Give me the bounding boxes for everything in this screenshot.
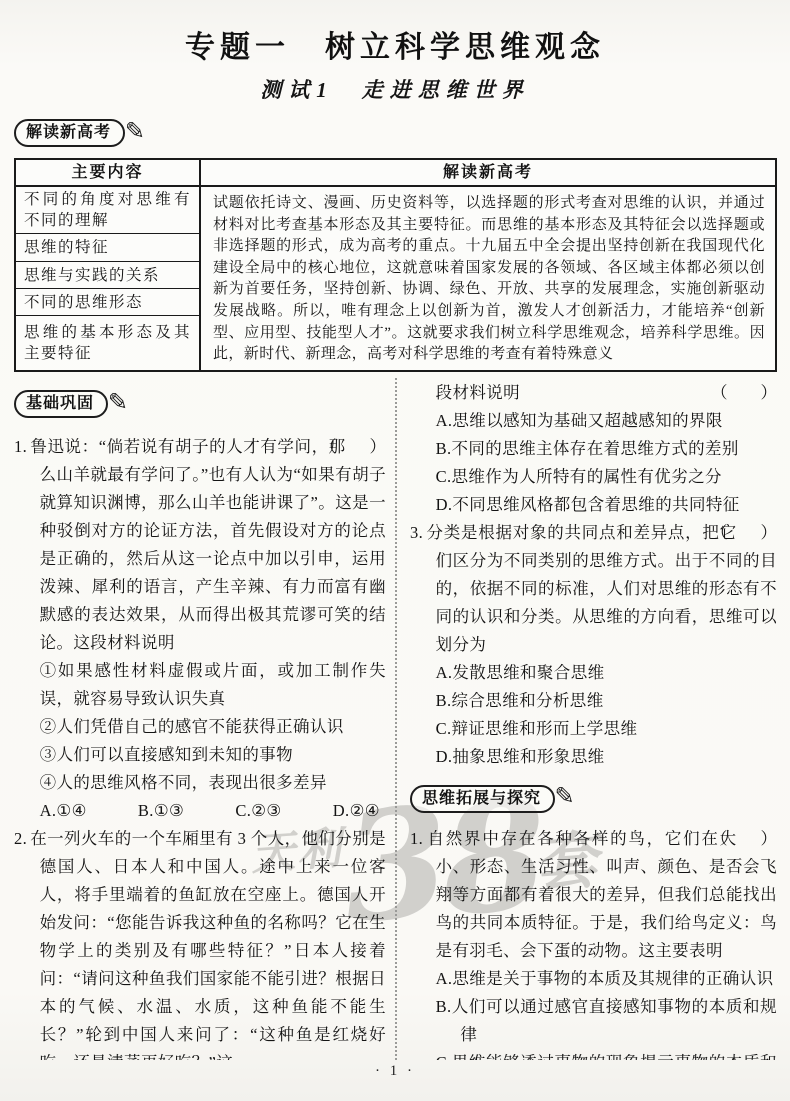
table-row: 思维与实践的关系	[16, 262, 201, 289]
section-badge-basic-label: 基础巩固	[14, 390, 108, 418]
overview-table: 主要内容 解读新高考 不同的角度对思维有不同的理解 思维的特征 思维与实践的关系…	[14, 158, 777, 372]
section-badge-review-label: 解读新高考	[14, 119, 125, 147]
section-badge-review: 解读新高考 ✎	[14, 119, 125, 147]
question-columns: 基础巩固 ✎ （ ）1.鲁迅说：“倘若说有胡子的人才有学问，那么山羊就最有学问了…	[14, 378, 777, 1060]
pencil-icon: ✎	[555, 782, 576, 810]
option-d: D.②④	[333, 797, 380, 825]
question-1-item-4: ④人的思维风格不同，表现出很多差异	[40, 769, 386, 797]
question-2: 2.在一列火车的一个车厢里有 3 个人，他们分别是德国人、日本人和中国人。途中上…	[14, 825, 386, 1060]
answer-bracket: （ ）	[737, 825, 777, 853]
table-header-review: 解读新高考	[201, 160, 775, 187]
table-header-main-content: 主要内容	[16, 160, 201, 187]
option-a: A.①④	[40, 797, 87, 825]
explore-question-1-option-b: B.人们可以通过感官直接感知事物的本质和规律	[436, 993, 777, 1049]
pencil-icon: ✎	[125, 117, 145, 145]
option-b: B.①③	[138, 797, 184, 825]
right-column: （ ）段材料说明 A.思维以感知为基础又超越感知的界限 B.不同的思维主体存在着…	[397, 378, 777, 1060]
question-2-stem: 2.在一列火车的一个车厢里有 3 个人，他们分别是德国人、日本人和中国人。途中上…	[40, 825, 386, 1060]
explore-question-1-option-c: C.思维能够透过事物的现象揭示事物的本质和规律	[436, 1049, 777, 1060]
left-column: 基础巩固 ✎ （ ）1.鲁迅说：“倘若说有胡子的人才有学问，那么山羊就最有学问了…	[14, 378, 386, 1060]
question-3-option-b: B.综合思维和分析思维	[436, 687, 777, 715]
question-3: （ ）3.分类是根据对象的共同点和差异点，把它们区分为不同类别的思维方式。出于不…	[410, 519, 777, 813]
explore-question-1: （ ）1.自然界中存在各种各样的鸟，它们在大小、形态、生活习性、叫声、颜色、是否…	[410, 825, 777, 1060]
question-2-option-a: A.思维以感知为基础又超越感知的界限	[436, 407, 777, 435]
question-3-option-d: D.抽象思维和形象思维	[436, 743, 777, 771]
table-row: 思维的基本形态及其主要特征	[16, 316, 201, 370]
question-2-option-b: B.不同的思维主体存在着思维方式的差别	[436, 435, 777, 463]
question-number: 1.	[410, 825, 423, 853]
question-3-option-c: C.辩证思维和形而上学思维	[436, 715, 777, 743]
question-3-option-a: A.发散思维和聚合思维	[436, 659, 777, 687]
question-3-stem: （ ）3.分类是根据对象的共同点和差异点，把它们区分为不同类别的思维方式。出于不…	[436, 519, 777, 659]
answer-bracket: （ ）	[711, 379, 777, 407]
question-1-stem-text: 鲁迅说：“倘若说有胡子的人才有学问，那么山羊就最有学问了。”也有人认为“如果有胡…	[30, 437, 386, 652]
question-2-stem-continued: （ ）段材料说明	[436, 379, 777, 407]
explore-question-1-option-a: A.思维是关于事物的本质及其规律的正确认识	[436, 965, 777, 993]
question-1-stem: （ ）1.鲁迅说：“倘若说有胡子的人才有学问，那么山羊就最有学问了。”也有人认为…	[40, 433, 386, 657]
section-badge-explore-label: 思维拓展与探究	[410, 785, 555, 813]
question-2-stem-text: 在一列火车的一个车厢里有 3 个人，他们分别是德国人、日本人和中国人。途中上来一…	[30, 829, 386, 1060]
explore-question-1-stem: （ ）1.自然界中存在各种各样的鸟，它们在大小、形态、生活习性、叫声、颜色、是否…	[436, 825, 777, 965]
option-c: C.②③	[235, 797, 281, 825]
pencil-icon: ✎	[108, 388, 128, 416]
answer-bracket: （ ）	[346, 433, 386, 461]
page-subtitle: 测试1 走进思维世界	[0, 74, 790, 104]
page-number: · 1 ·	[0, 1063, 790, 1080]
table-row: 不同的角度对思维有不同的理解	[16, 187, 201, 234]
table-review-text: 试题依托诗文、漫画、历史资料等，以选择题的形式考查对思维的认识，并通过材料对比考…	[201, 187, 775, 370]
question-1-item-3: ③人们可以直接感知到未知的事物	[40, 741, 386, 769]
question-2-option-d: D.不同思维风格都包含着思维的共同特征	[436, 491, 777, 519]
question-1-item-1: ①如果感性材料虚假或片面，或加工制作失误，就容易导致认识失真	[40, 657, 386, 713]
table-row: 思维的特征	[16, 234, 201, 262]
question-1-options: A.①④ B.①③ C.②③ D.②④	[40, 797, 386, 825]
question-2-stem-continued-text: 段材料说明	[436, 383, 521, 402]
page-title: 专题一 树立科学思维观念	[0, 22, 790, 66]
question-2-option-c: C.思维作为人所特有的属性有优劣之分	[436, 463, 777, 491]
question-1-item-2: ②人们凭借自己的感官不能获得正确认识	[40, 713, 386, 741]
question-number: 3.	[410, 519, 423, 547]
section-badge-basic: 基础巩固 ✎	[14, 390, 108, 418]
question-2-continuation: （ ）段材料说明 A.思维以感知为基础又超越感知的界限 B.不同的思维主体存在着…	[410, 379, 777, 519]
question-1: （ ）1.鲁迅说：“倘若说有胡子的人才有学问，那么山羊就最有学问了。”也有人认为…	[14, 433, 386, 825]
question-number: 1.	[14, 433, 27, 461]
question-number: 2.	[14, 825, 27, 853]
answer-bracket: （ ）	[737, 519, 777, 547]
section-badge-explore: 思维拓展与探究 ✎	[410, 784, 555, 813]
table-row: 不同的思维形态	[16, 289, 201, 316]
workbook-page: 专题一 树立科学思维观念 测试1 走进思维世界 天利38套 解读新高考 ✎ 主要…	[0, 0, 790, 1101]
